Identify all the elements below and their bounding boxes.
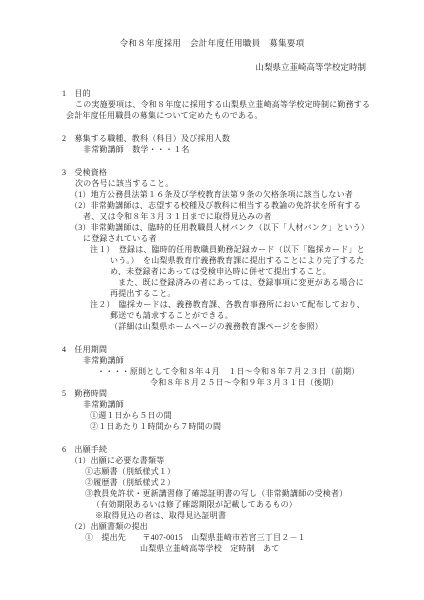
document-title: 令和８年度採用 会計年度任用職員 募集要項 (0, 0, 424, 49)
document-line: 4 任用期間 (62, 344, 404, 355)
document-line: （1）出願に必要な書類等 (62, 455, 404, 466)
document-line: ③教員免許状・更新講習修了確認証明書の写し（非常勤講師の受検者） (62, 488, 404, 499)
document-line: （1）地方公務員法第１６条及び学校教育法第９条の欠格条項に該当しない者 (62, 189, 404, 200)
document-line: 令和８年８月２５日～令和９年３月３１日（後期） (62, 377, 404, 388)
document-line: （2）出願書類の提出 (62, 521, 404, 532)
document-line: 再提出すること。 (62, 288, 404, 299)
document-line: ②１日あたり１時間から７時間の間 (62, 421, 404, 432)
document-line: に登録されている者 (62, 233, 404, 244)
document-line: 非常勤講師 (62, 355, 404, 366)
document-body: 1 目的この実施要項は、令和８年度に採用する山梨県立韮崎高等学校定時制に勤務する… (0, 88, 424, 554)
document-line: 次の各号に該当すること。 (62, 178, 404, 189)
document-line: （3）非常勤講師は、臨時的任用教職員人材バンク（以下「人材バンク」という） (62, 222, 404, 233)
document-line: ① 提出先 〒407-0015 山梨県韮崎市若宮三丁目２－１ (62, 532, 404, 543)
document-line: 非常勤講師 (62, 399, 404, 410)
document-line: 者、又は令和８年３月３１日までに取得見込みの者 (62, 211, 404, 222)
document-line: 注１） 登録は、臨時的任用教職員勤務記録カード（以下「臨採カード」と (62, 244, 404, 255)
document-line: め、未登録者にあっては受検申込時に併せて提出すること。 (62, 266, 404, 277)
document-line: ②履歴書（別紙様式２） (62, 477, 404, 488)
document-line: ※取得見込の者は、取得見込証明書 (62, 510, 404, 521)
document-line: 5 勤務時間 (62, 388, 404, 399)
document-line: （詳細は山梨県ホームページの義務教育課ページを参照） (62, 321, 404, 332)
document-line: ①週１日から５日の間 (62, 410, 404, 421)
document-line: いう。） を山梨県教育庁義務教育課に提出することにより完了するた (62, 255, 404, 266)
document-line: ①志願書（別紙様式１） (62, 466, 404, 477)
document-line: この実施要項は、令和８年度に採用する山梨県立韮崎高等学校定時制に勤務する (62, 99, 404, 110)
document-line: 山梨県立韮崎高等学校 定時制 あて (62, 543, 404, 554)
document-line: 1 目的 (62, 88, 404, 99)
document-line: 会計年度任用職員の募集について定めたものである。 (62, 110, 404, 121)
document-line: ・・・・原則として令和８年４月 １日～令和８年７月２３日（前期） (62, 366, 404, 377)
document-issuer: 山梨県立韮崎高等学校定時制 (0, 62, 424, 73)
document-page: 令和８年度採用 会計年度任用職員 募集要項 山梨県立韮崎高等学校定時制 1 目的… (0, 0, 424, 600)
document-line: （2）非常勤講師は、志望する校種及び教科に相当する教諭の免許状を所有する (62, 200, 404, 211)
document-line: 6 出願手続 (62, 444, 404, 455)
document-line: 注２） 臨採カードは、義務教育課、各教育事務所において配布しており、 (62, 299, 404, 310)
document-line: 郵送でも請求することができる。 (62, 310, 404, 321)
document-line: （有効期限あるいは修了確認期限が記載してあるもの） (62, 499, 404, 510)
document-line: また、既に登録済みの者にあっては、登録事項に変更がある場合に (62, 277, 404, 288)
document-line: 非常勤講師 数学・・・１名 (62, 144, 404, 155)
document-line: 3 受検資格 (62, 167, 404, 178)
document-line: 2 募集する職種、教科（科目）及び採用人数 (62, 133, 404, 144)
